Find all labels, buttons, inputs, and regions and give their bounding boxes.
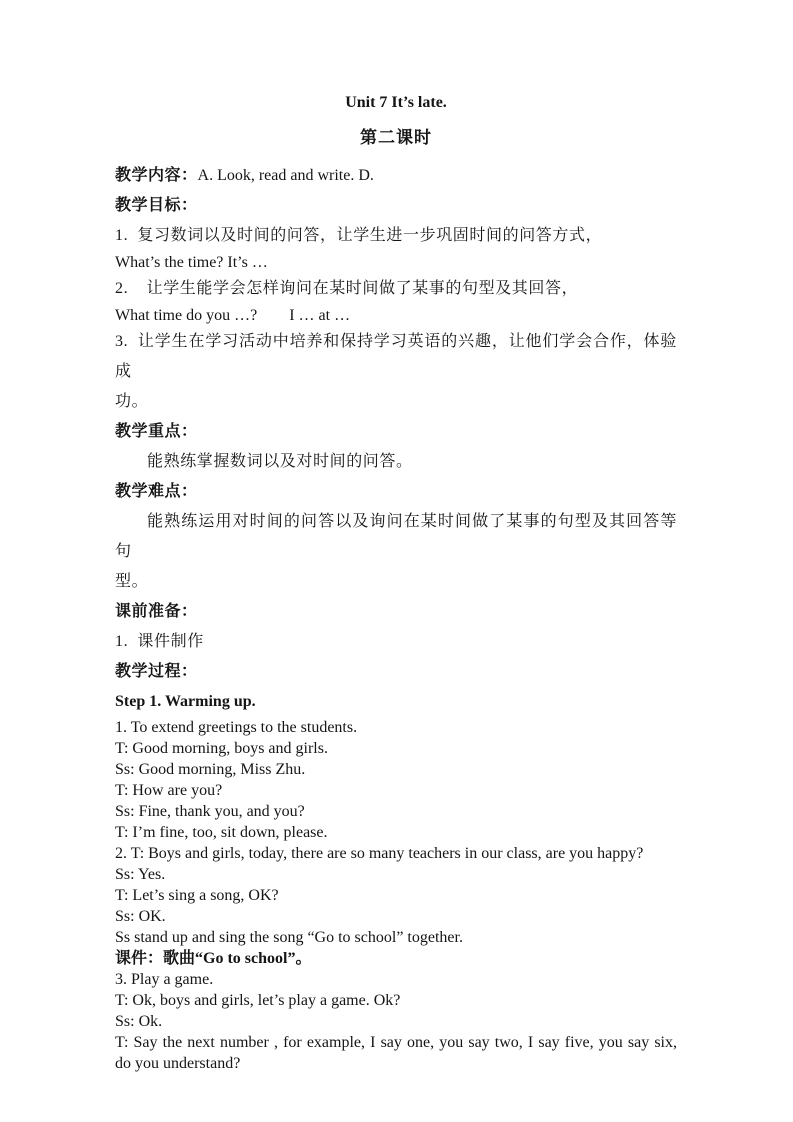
paragraph: 1. 课件制作 [115, 627, 677, 657]
document-subtitle: 第二课时 [115, 123, 677, 153]
paragraph: Ss: OK. [115, 906, 677, 927]
paragraph: 2. 让学生能学会怎样询问在某时间做了某事的句型及其回答， [115, 274, 677, 304]
paragraph: 教学过程： [115, 657, 677, 687]
paragraph-text: A. Look, read and write. D. [198, 167, 374, 184]
paragraph: 教学目标： [115, 191, 677, 221]
document-title: Unit 7 It’s late. [115, 88, 677, 118]
document-body: 教学内容：A. Look, read and write. D.教学目标：1. … [115, 161, 677, 1074]
paragraph: Step 1. Warming up. [115, 687, 677, 717]
paragraph-label: 教学内容： [115, 167, 198, 184]
paragraph: 功。 [115, 387, 677, 417]
document-page: Unit 7 It’s late. 第二课时 教学内容：A. Look, rea… [0, 0, 793, 1122]
paragraph: T: Good morning, boys and girls. [115, 738, 677, 759]
paragraph: 能熟练运用对时间的问答以及询问在某时间做了某事的句型及其回答等句 [115, 507, 677, 567]
paragraph: 教学内容：A. Look, read and write. D. [115, 161, 677, 191]
paragraph: 教学重点： [115, 417, 677, 447]
paragraph: 3. 让学生在学习活动中培养和保持学习英语的兴趣，让他们学会合作，体验成 [115, 327, 677, 387]
paragraph: 3. Play a game. [115, 969, 677, 990]
paragraph: T: Ok, boys and girls, let’s play a game… [115, 990, 677, 1011]
paragraph: T: I’m fine, too, sit down, please. [115, 822, 677, 843]
paragraph: T: Say the next number , for example, I … [115, 1032, 677, 1053]
paragraph: do you understand? [115, 1053, 677, 1074]
paragraph: Ss: Fine, thank you, and you? [115, 801, 677, 822]
paragraph: What’s the time? It’s … [115, 251, 677, 274]
paragraph: 型。 [115, 567, 677, 597]
paragraph: 课件：歌曲“Go to school”。 [115, 948, 677, 969]
paragraph: 课前准备： [115, 597, 677, 627]
paragraph: 教学难点： [115, 477, 677, 507]
paragraph: Ss: Yes. [115, 864, 677, 885]
paragraph: Ss: Ok. [115, 1011, 677, 1032]
paragraph: 1. 复习数词以及时间的问答，让学生进一步巩固时间的问答方式， [115, 221, 677, 251]
paragraph: 能熟练掌握数词以及对时间的问答。 [115, 447, 677, 477]
paragraph: 2. T: Boys and girls, today, there are s… [115, 843, 677, 864]
paragraph: Ss: Good morning, Miss Zhu. [115, 759, 677, 780]
paragraph: 1. To extend greetings to the students. [115, 717, 677, 738]
paragraph: Ss stand up and sing the song “Go to sch… [115, 927, 677, 948]
paragraph: T: How are you? [115, 780, 677, 801]
paragraph: T: Let’s sing a song, OK? [115, 885, 677, 906]
paragraph: What time do you …? I … at … [115, 304, 677, 327]
